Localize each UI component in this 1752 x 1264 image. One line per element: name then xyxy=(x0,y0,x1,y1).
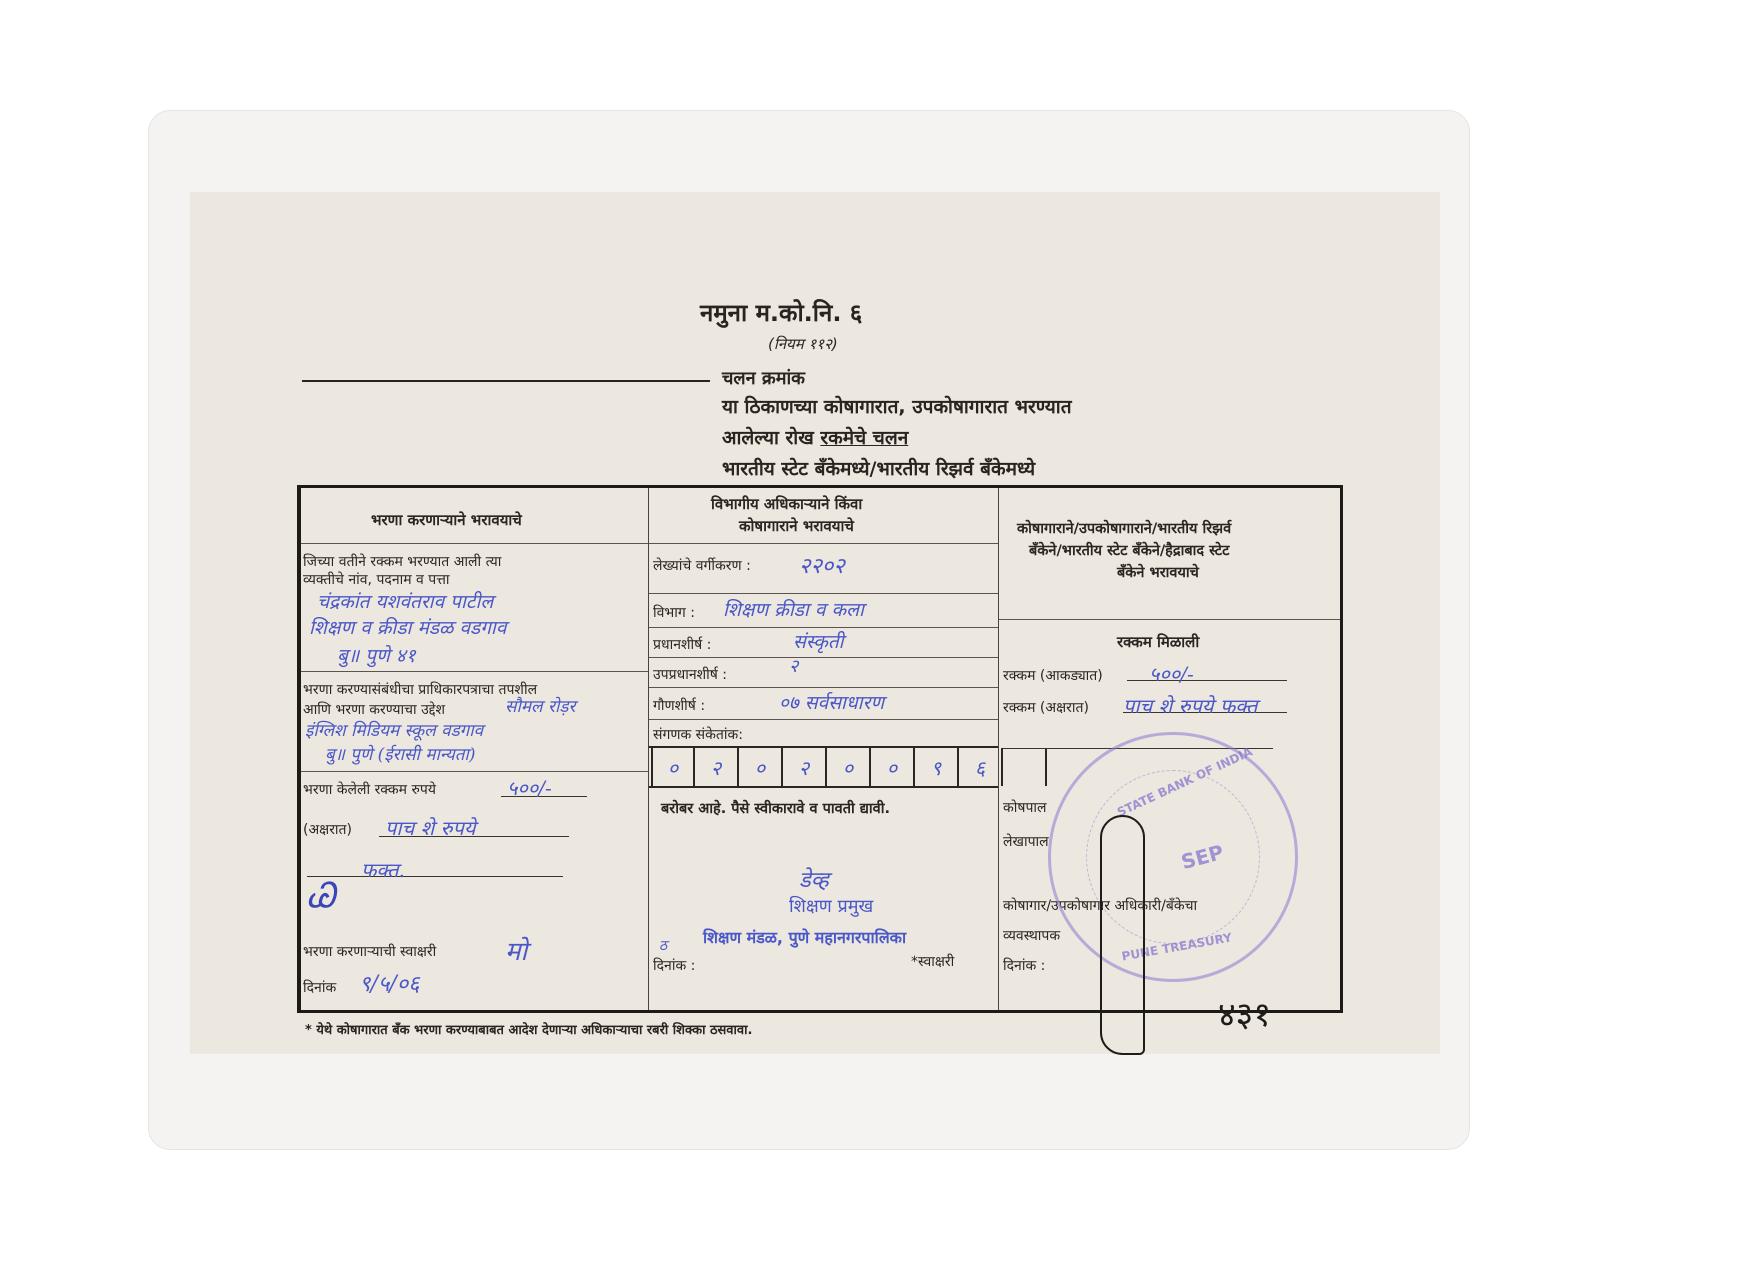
payer-header-cell: भरणा करणाऱ्याने भरावयाचे xyxy=(301,488,648,544)
major-head-cell: प्रधानशीर्ष : संस्कृती xyxy=(649,628,998,658)
sub-major-head-value: २ xyxy=(789,654,798,678)
payer-header: भरणा करणाऱ्याने भरावयाचे xyxy=(371,510,522,530)
amount-value: ५००/- xyxy=(507,774,552,801)
purpose-value-line-3: बु॥ पुणे (ईरासी मान्यता) xyxy=(325,742,475,765)
amount-words-label: रक्कम (अक्षरात) xyxy=(1003,698,1089,717)
minor-head-label: गौणशीर्ष : xyxy=(653,696,705,715)
words-value: पाच शे रुपये xyxy=(385,814,475,841)
treasurer-label: कोषपाल xyxy=(1003,798,1047,817)
purpose-value-line-2: इंग्लिश मिडियम स्कूल वडगाव xyxy=(305,718,483,741)
manager-label: व्यवस्थापक xyxy=(1003,926,1060,945)
code-digit: ६ xyxy=(959,748,1003,786)
page-number: ४३१ xyxy=(1218,990,1271,1036)
treasury-header-line-2: बॅंकेने/भारतीय स्टेट बॅंकेने/हैद्राबाद स… xyxy=(1029,540,1229,560)
minor-head-cell: गौणशीर्ष : ०७ सर्वसाधारण xyxy=(649,688,998,720)
payer-signature-scrawl: Ꮚ xyxy=(307,876,336,916)
treasury-header-line-3: बॅंकेने भरावयाचे xyxy=(1117,562,1199,582)
sub-major-head-label: उपप्रधानशीर्ष : xyxy=(653,665,727,684)
person-label-line-1: जिच्या वतीने रक्कम भरण्यात आली त्या xyxy=(303,552,501,571)
department-signature-label: *स्वाक्षरी xyxy=(911,952,954,971)
payer-amount-cell: भरणा केलेली रक्कम रुपये ५००/- (अक्षरात) … xyxy=(301,772,648,1010)
pen-loop-mark xyxy=(1100,815,1145,1055)
approval-cell: बरोबर आहे. पैसे स्वीकारावे व पावती द्याव… xyxy=(649,788,998,1010)
computer-code-boxes: ० २ ० २ ० ० ९ ६ xyxy=(651,748,1047,786)
code-digit: ० xyxy=(651,748,695,786)
sub-major-head-cell: उपप्रधानशीर्ष : २ xyxy=(649,658,998,688)
code-digit: २ xyxy=(695,748,739,786)
date-label: दिनांक xyxy=(303,978,336,997)
purpose-label-line-1: भरणा करण्यासंबंधीचा प्राधिकारपत्राचा तपश… xyxy=(303,680,537,699)
received-header: रक्कम मिळाली xyxy=(1117,632,1199,652)
signature-value: मो xyxy=(505,932,527,968)
computer-code-label: संगणक संकेतांक: xyxy=(653,725,743,744)
words-label: (अक्षरात) xyxy=(303,820,352,839)
accountant-label: लेखापाल xyxy=(1003,832,1049,851)
treasury-date-label: दिनांक : xyxy=(1003,956,1045,975)
code-digit: ९ xyxy=(915,748,959,786)
person-label-line-2: व्यक्तीचे नांव, पदनाम व पत्ता xyxy=(303,570,450,589)
heading-line-1: या ठिकाणच्या कोषागारात, उपकोषागारात भरण्… xyxy=(722,393,1072,419)
heading-line-2-underlined: रकमेचे चलन xyxy=(820,427,908,449)
person-value-line-1: चंद्रकांत यशवंतराव पाटील xyxy=(317,588,493,614)
form-title: नमुना म.को.नि. ६ xyxy=(700,296,862,329)
amount-figures-label: रक्कम (आकड्यात) xyxy=(1003,666,1103,685)
classification-cell: लेख्यांचे वर्गीकरण : २२०२ xyxy=(649,544,998,594)
words-value-2: फक्त. xyxy=(361,856,405,883)
bank-rubber-stamp: STATE BANK OF INDIA SEP PUNE TREASURY xyxy=(1048,732,1298,982)
challan-number-label: चलन क्रमांक xyxy=(722,366,805,390)
major-head-label: प्रधानशीर्ष : xyxy=(653,635,711,654)
amount-figures-value: ५००/- xyxy=(1149,660,1194,687)
code-digit: २ xyxy=(783,748,827,786)
department-label: विभाग : xyxy=(653,603,695,622)
words-underline-2 xyxy=(307,876,563,877)
heading-line-2: आलेल्या रोख रकमेचे चलन xyxy=(722,424,908,450)
department-header-line-1: विभागीय अधिकाऱ्याने किंवा xyxy=(711,494,862,514)
department-value: शिक्षण क्रीडा व कला xyxy=(723,596,864,622)
payer-column: भरणा करणाऱ्याने भरावयाचे जिच्या वतीने रक… xyxy=(301,488,649,1010)
code-digit: ० xyxy=(739,748,783,786)
footnote: * येथे कोषागारात बॅंक भरणा करण्याबाबत आद… xyxy=(305,1020,752,1038)
heading-line-2-prefix: आलेल्या रोख xyxy=(722,427,820,449)
officer-office-stamp: शिक्षण मंडळ, पुणे महानगरपालिका xyxy=(703,926,906,948)
treasury-header-line-1: कोषागाराने/उपकोषागाराने/भारतीय रिझर्व xyxy=(1017,518,1231,538)
code-digit: ० xyxy=(871,748,915,786)
officer-signature: डेव्ह xyxy=(799,864,829,894)
department-header-cell: विभागीय अधिकाऱ्याने किंवा कोषागाराने भरा… xyxy=(649,488,998,544)
computer-code-label-cell: संगणक संकेतांक: xyxy=(649,720,998,746)
department-header-line-2: कोषागाराने भरावयाचे xyxy=(739,516,854,536)
approval-text: बरोबर आहे. पैसे स्वीकारावे व पावती द्याव… xyxy=(661,798,890,818)
department-cell: विभाग : शिक्षण क्रीडा व कला xyxy=(649,594,998,628)
rule-reference: (नियम ११२) xyxy=(768,334,838,354)
payer-purpose-cell: भरणा करण्यासंबंधीचा प्राधिकारपत्राचा तपश… xyxy=(301,672,648,772)
department-column: विभागीय अधिकाऱ्याने किंवा कोषागाराने भरा… xyxy=(649,488,999,1010)
code-digit: ० xyxy=(827,748,871,786)
classification-label: लेख्यांचे वर्गीकरण : xyxy=(653,556,751,575)
amount-words-value: पाच शे रुपये फक्त xyxy=(1123,692,1257,719)
date-mark: ठ xyxy=(659,936,667,955)
purpose-label-line-2: आणि भरणा करण्याचा उद्देश xyxy=(303,700,445,719)
signature-label: भरणा करणाऱ्याची स्वाक्षरी xyxy=(303,942,436,961)
purpose-value-line-1: सौमल रोड़र xyxy=(505,694,575,717)
amount-label: भरणा केलेली रक्कम रुपये xyxy=(303,780,436,799)
treasury-header-cell: कोषागाराने/उपकोषागाराने/भारतीय रिझर्व बॅ… xyxy=(999,488,1340,620)
minor-head-value: ०७ सर्वसाधारण xyxy=(779,689,884,715)
heading-line-3: भारतीय स्टेट बॅंकेमध्ये/भारतीय रिझर्व बॅ… xyxy=(722,455,1035,481)
major-head-value: संस्कृती xyxy=(793,628,844,654)
computer-code-cell: ० २ ० २ ० ० ९ ६ xyxy=(649,746,998,788)
payer-person-cell: जिच्या वतीने रक्कम भरण्यात आली त्या व्यक… xyxy=(301,544,648,672)
person-value-line-3: बु॥ पुणे ४१ xyxy=(337,642,416,668)
department-date-label: दिनांक : xyxy=(653,956,695,975)
person-value-line-2: शिक्षण व क्रीडा मंडळ वडगाव xyxy=(309,614,506,640)
date-value: ९/५/०६ xyxy=(359,968,420,998)
officer-title: शिक्षण प्रमुख xyxy=(789,894,873,918)
challan-number-line xyxy=(302,380,710,382)
classification-value: २२०२ xyxy=(799,550,845,580)
